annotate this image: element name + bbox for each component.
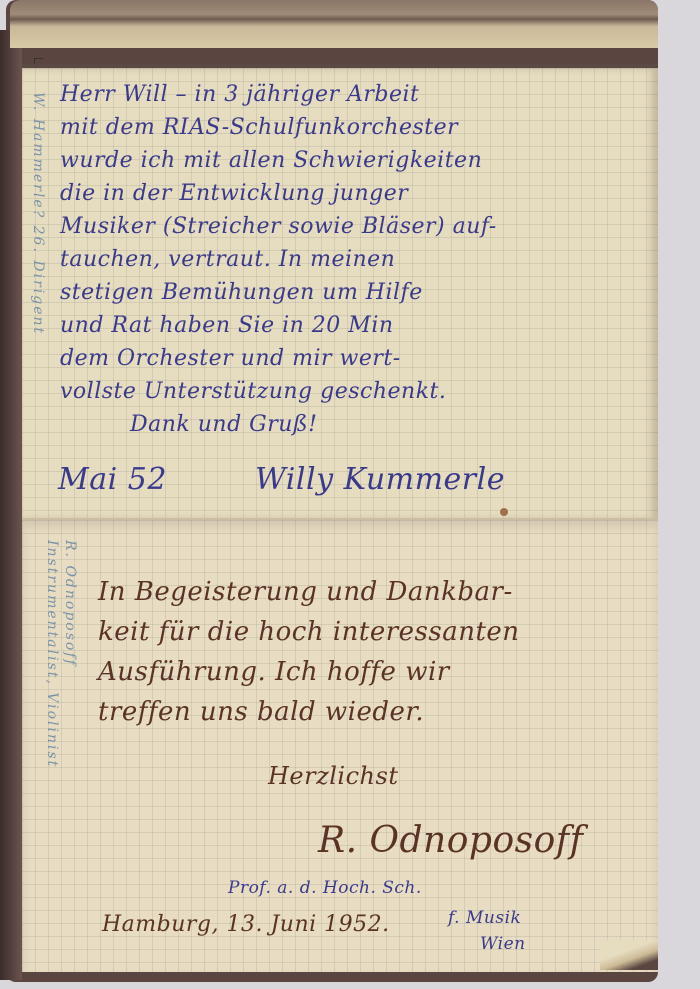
lower-entry-title-line3: Wien [480, 934, 526, 954]
page-edges [10, 0, 658, 48]
upper-line: die in der Entwicklung junger [60, 177, 497, 210]
lower-entry-closing: Herzlichst [268, 762, 398, 790]
upper-line: Herr Will – in 3 jähriger Arbeit [60, 78, 497, 111]
ink-stain [500, 508, 508, 516]
lower-entry-signature: R. Odnoposoff [318, 820, 583, 861]
lower-entry-text: In Begeisterung und Dankbar- keit für di… [98, 572, 520, 732]
lower-entry-title-line2: f. Musik [448, 908, 521, 928]
upper-line: mit dem RIAS-Schulfunkorchester [60, 111, 497, 144]
upper-margin-note: W. Hammerle? 26. Dirigent [30, 92, 46, 472]
lower-line: In Begeisterung und Dankbar- [98, 572, 520, 612]
lower-margin-note-line2: Instrumentalist, Violinist [44, 540, 60, 940]
lower-line: Ausführung. Ich hoffe wir [98, 652, 520, 692]
upper-line: stetigen Bemühungen um Hilfe [60, 276, 497, 309]
book-spine-shadow [0, 30, 22, 980]
upper-line: wurde ich mit allen Schwierigkeiten [60, 144, 497, 177]
lower-margin-note-line1: R. Odnoposoff [62, 540, 78, 940]
lower-line: treffen uns bald wieder. [98, 692, 520, 732]
upper-greeting: Dank und Gruß! [60, 408, 497, 441]
upper-line: tauchen, vertraut. In meinen [60, 243, 497, 276]
upper-line: und Rat haben Sie in 20 Min [60, 309, 497, 342]
lower-entry-title-line1: Prof. a. d. Hoch. Sch. [228, 878, 422, 898]
torn-page-corner [600, 940, 658, 970]
lower-entry-place-date: Hamburg, 13. Juni 1952. [102, 912, 390, 937]
lower-line: keit für die hoch interessanten [98, 612, 520, 652]
upper-line: dem Orchester und mir wert- [60, 342, 497, 375]
upper-entry-date: Mai 52 [58, 462, 167, 497]
upper-entry-text: Herr Will – in 3 jähriger Arbeit mit dem… [60, 78, 497, 441]
upper-line: vollste Unterstützung geschenkt. [60, 375, 497, 408]
upper-line: Musiker (Streicher sowie Bläser) auf- [60, 210, 497, 243]
upper-entry-signature: Willy Kummerle [255, 462, 505, 497]
